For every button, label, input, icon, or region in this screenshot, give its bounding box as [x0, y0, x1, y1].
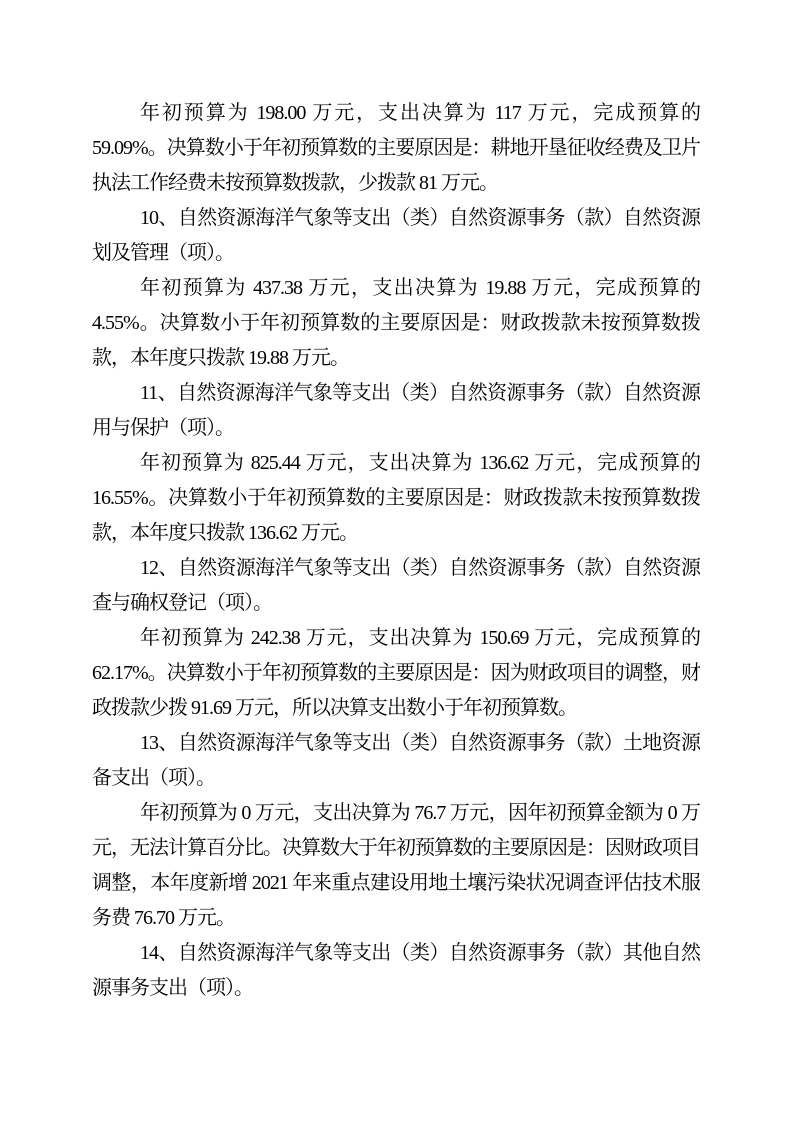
text-line: 年初预算为 0 万元，支出决算为 76.7 万元，因年初预算金额为 0 万 [92, 796, 700, 831]
text-line: 年初预算为 242.38 万元，支出决算为 150.69 万元，完成预算的 [92, 621, 700, 656]
text-line: 11、自然资源海洋气象等支出（类）自然资源事务（款）自然资源利 [92, 376, 700, 411]
text-line: 务费 76.70 万元。 [92, 901, 700, 936]
text-line: 年初预算为 825.44 万元，支出决算为 136.62 万元，完成预算的 [92, 446, 700, 481]
text-line: 款，本年度只拨款 19.88 万元。 [92, 341, 700, 376]
text-line: 59.09%。决算数小于年初预算数的主要原因是：耕地开垦征收经费及卫片 [92, 131, 700, 166]
text-line: 年初预算为 437.38 万元，支出决算为 19.88 万元，完成预算的 [92, 271, 700, 306]
text-line: 查与确权登记（项）。 [92, 586, 700, 621]
text-line: 年初预算为 198.00 万元，支出决算为 117 万元，完成预算的 [92, 96, 700, 131]
document-body: 年初预算为 198.00 万元，支出决算为 117 万元，完成预算的 59.09… [92, 96, 700, 1006]
text-line: 12、自然资源海洋气象等支出（类）自然资源事务（款）自然资源调 [92, 551, 700, 586]
text-line: 62.17%。决算数小于年初预算数的主要原因是：因为财政项目的调整，财 [92, 656, 700, 691]
text-line: 源事务支出（项）。 [92, 971, 700, 1006]
document-page: 年初预算为 198.00 万元，支出决算为 117 万元，完成预算的 59.09… [0, 0, 793, 1122]
text-line: 14、自然资源海洋气象等支出（类）自然资源事务（款）其他自然资 [92, 936, 700, 971]
text-line: 用与保护（项）。 [92, 411, 700, 446]
text-line: 款，本年度只拨款 136.62 万元。 [92, 516, 700, 551]
text-line: 划及管理（项）。 [92, 236, 700, 271]
text-line: 政拨款少拨 91.69 万元，所以决算支出数小于年初预算数。 [92, 691, 700, 726]
text-line: 4.55%。决算数小于年初预算数的主要原因是：财政拨款未按预算数拨 [92, 306, 700, 341]
text-line: 调整，本年度新增 2021 年来重点建设用地土壤污染状况调查评估技术服 [92, 866, 700, 901]
text-line: 执法工作经费未按预算数拨款，少拨款 81 万元。 [92, 166, 700, 201]
text-line: 备支出（项）。 [92, 761, 700, 796]
text-line: 10、自然资源海洋气象等支出（类）自然资源事务（款）自然资源规 [92, 201, 700, 236]
text-line: 16.55%。决算数小于年初预算数的主要原因是：财政拨款未按预算数拨 [92, 481, 700, 516]
text-line: 元，无法计算百分比。决算数大于年初预算数的主要原因是：因财政项目 [92, 831, 700, 866]
text-line: 13、自然资源海洋气象等支出（类）自然资源事务（款）土地资源储 [92, 726, 700, 761]
